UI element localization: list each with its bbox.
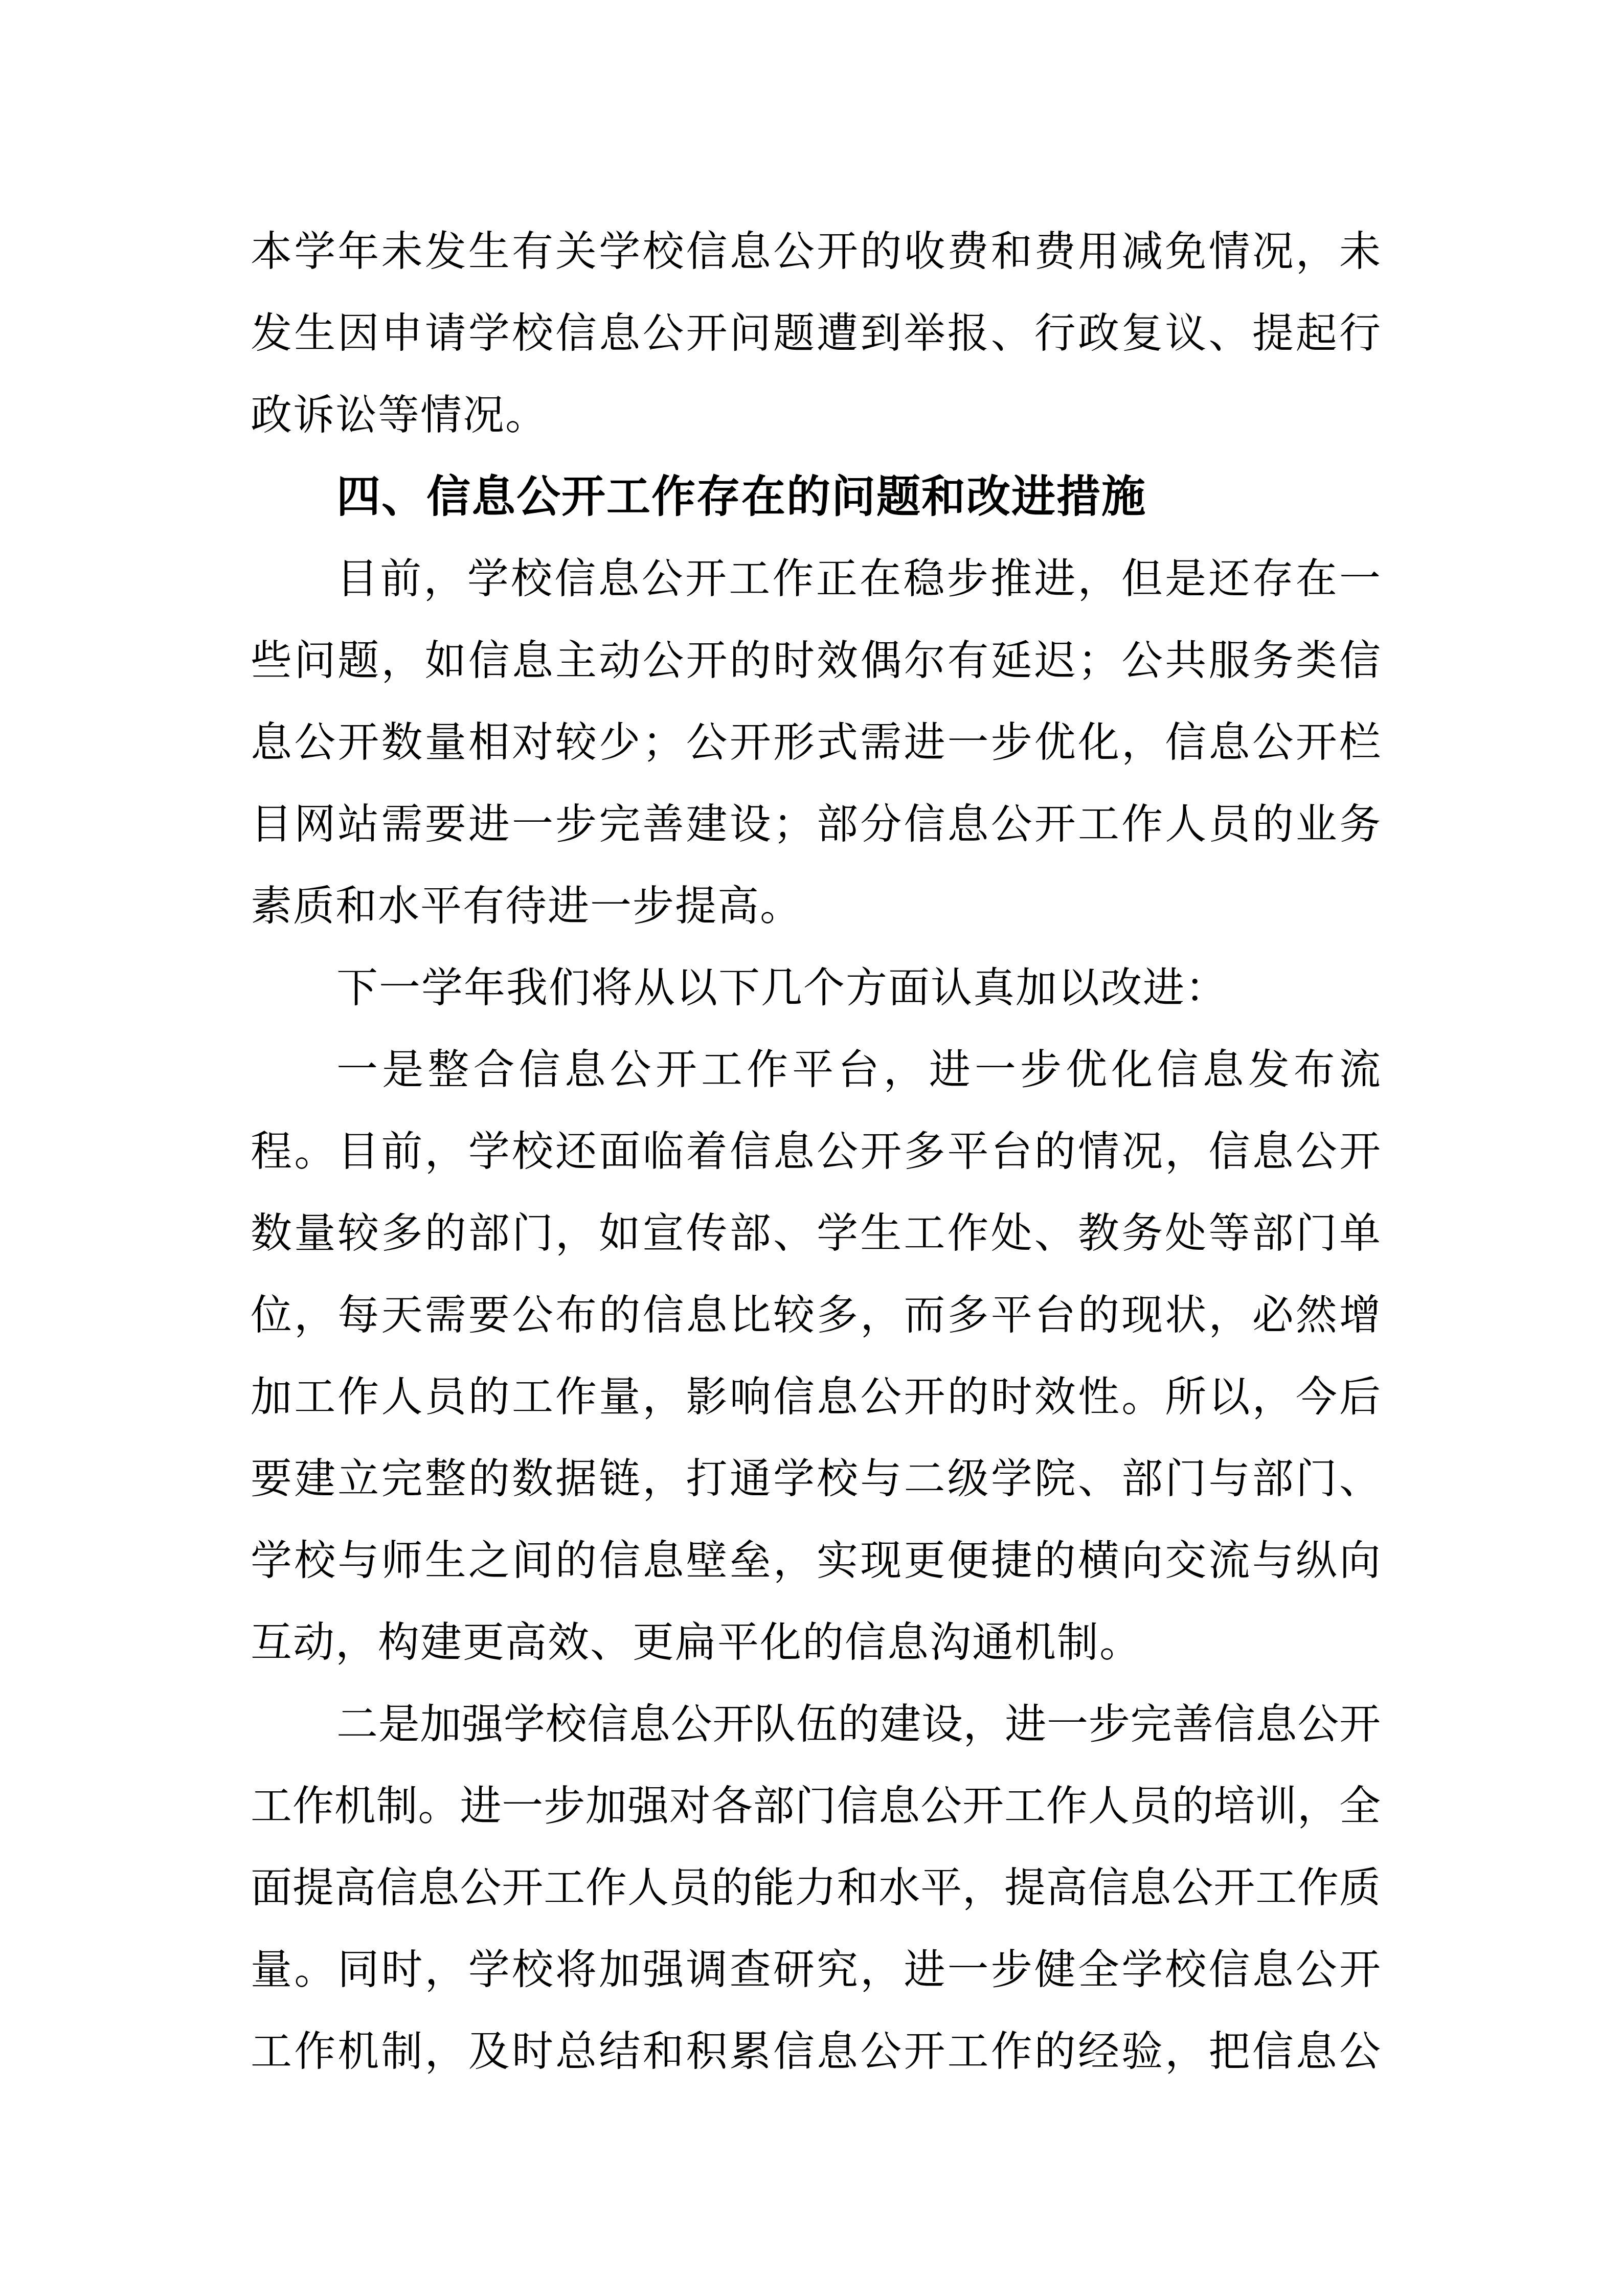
text-line: 一是整合信息公开工作平台，进一步优化信息发布流 [251,1029,1381,1111]
text-line: 学校与师生之间的信息壁垒，实现更便捷的横向交流与纵向 [251,1520,1381,1602]
text-line: 位，每天需要公布的信息比较多，而多平台的现状，必然增 [251,1274,1381,1356]
text-line: 数量较多的部门，如宣传部、学生工作处、教务处等部门单 [251,1192,1381,1274]
text-line: 发生因申请学校信息公开问题遭到举报、行政复议、提起行 [251,292,1381,374]
text-line: 息公开数量相对较少；公开形式需进一步优化，信息公开栏 [251,702,1381,783]
text-line: 程。目前，学校还面临着信息公开多平台的情况，信息公开 [251,1111,1381,1192]
text-line: 面提高信息公开工作人员的能力和水平，提高信息公开工作质 [251,1847,1381,1929]
text-line: 加工作人员的工作量，影响信息公开的时效性。所以，今后 [251,1356,1381,1438]
text-line: 本学年未发生有关学校信息公开的收费和费用减免情况，未 [251,211,1381,292]
text-line: 量。同时，学校将加强调查研究，进一步健全学校信息公开 [251,1929,1381,2011]
text-line: 政诉讼等情况。 [251,374,1381,456]
text-line: 些问题，如信息主动公开的时效偶尔有延迟；公共服务类信 [251,620,1381,702]
text-block: 本学年未发生有关学校信息公开的收费和费用减免情况，未 发生因申请学校信息公开问题… [251,211,1381,2092]
document-page: 本学年未发生有关学校信息公开的收费和费用减免情况，未 发生因申请学校信息公开问题… [0,0,1623,2296]
text-line: 要建立完整的数据链，打通学校与二级学院、部门与部门、 [251,1438,1381,1520]
section-heading: 四、信息公开工作存在的问题和改进措施 [251,456,1381,538]
text-line: 工作机制，及时总结和积累信息公开工作的经验，把信息公 [251,2011,1381,2092]
text-line: 互动，构建更高效、更扁平化的信息沟通机制。 [251,1602,1381,1683]
text-line: 二是加强学校信息公开队伍的建设，进一步完善信息公开 [251,1683,1381,1765]
text-line: 下一学年我们将从以下几个方面认真加以改进： [251,947,1381,1029]
text-line: 工作机制。进一步加强对各部门信息公开工作人员的培训，全 [251,1765,1381,1847]
text-line: 素质和水平有待进一步提高。 [251,865,1381,947]
text-line: 目网站需要进一步完善建设；部分信息公开工作人员的业务 [251,783,1381,865]
text-line: 目前，学校信息公开工作正在稳步推进，但是还存在一 [251,538,1381,620]
